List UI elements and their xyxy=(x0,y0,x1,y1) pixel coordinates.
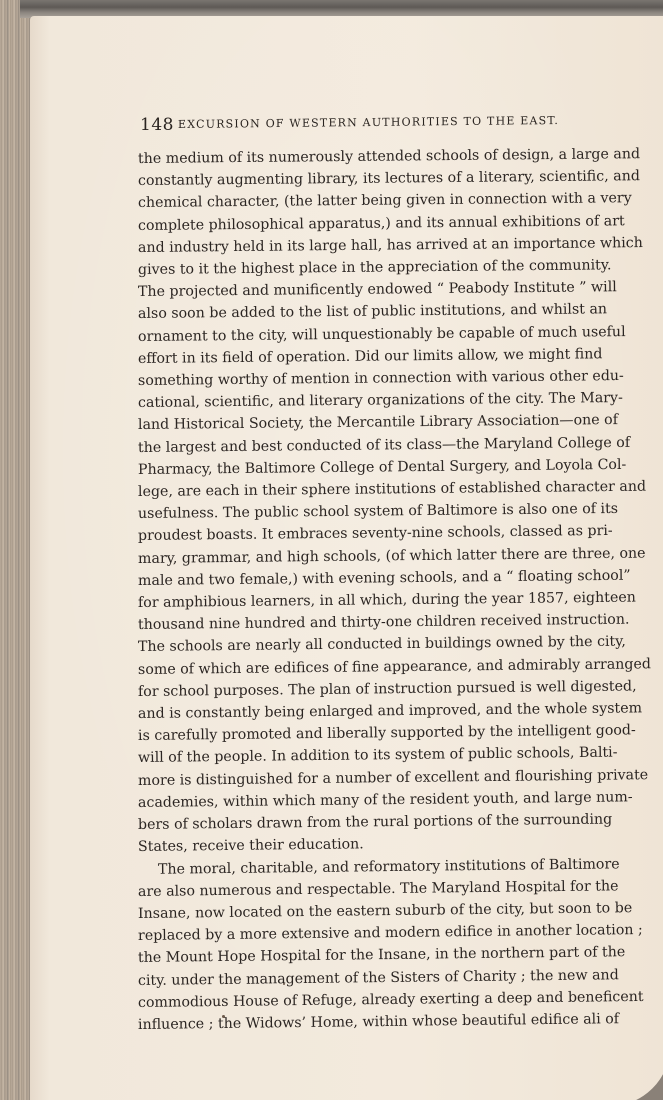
page-stack-edge xyxy=(0,0,32,1100)
page-number: 148 xyxy=(140,115,174,135)
book-scan: 148 EXCURSION OF WESTERN AUTHORITIES TO … xyxy=(0,0,663,1100)
page-header: 148 EXCURSION OF WESTERN AUTHORITIES TO … xyxy=(140,115,660,137)
running-head: EXCURSION OF WESTERN AUTHORITIES TO THE … xyxy=(178,114,559,131)
body-text: the medium of its numerously attended sc… xyxy=(138,148,648,1036)
paragraph: The moral, charitable, and reformatory i… xyxy=(138,859,648,1037)
paper-spot xyxy=(222,1015,225,1018)
paper-spot xyxy=(283,983,285,985)
paragraph: the medium of its numerously attended sc… xyxy=(138,148,648,859)
